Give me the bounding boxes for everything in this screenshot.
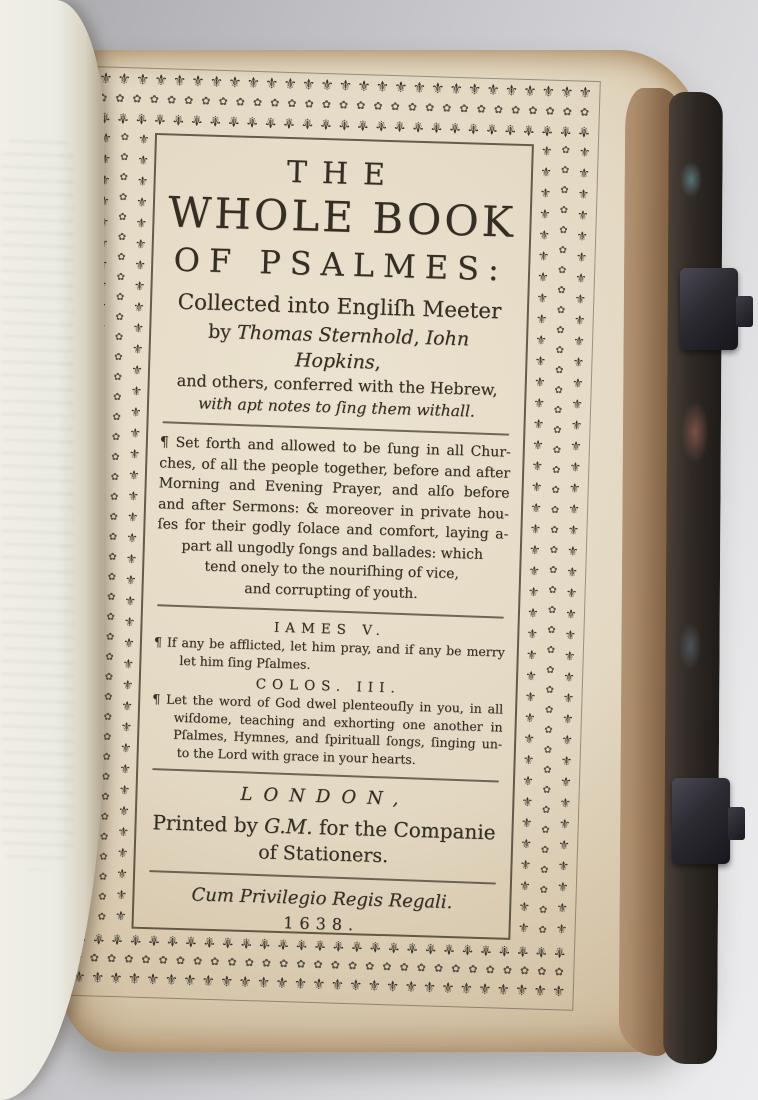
antique-book-photo: ⚜⚜⚜⚜⚜⚜⚜⚜⚜⚜⚜⚜⚜⚜⚜⚜⚜⚜⚜⚜⚜⚜⚜⚜⚜⚜⚜ ✿✿✿✿✿✿✿✿✿✿✿✿… [0,0,758,1100]
metal-clasp-bottom [672,778,730,864]
clasp-tab [728,807,745,840]
metal-clasp-top [680,268,738,350]
author-sternhold: Thomas Sternhold [237,322,414,349]
showthrough-text [2,130,74,870]
allowance-paragraph: ¶ Set forth and allowed to be ſung in al… [155,432,511,606]
marbled-cover-board [663,92,723,1064]
colossians-quote: ¶ Let the word of God dwel plenteouſly i… [150,690,503,770]
title-line-of-psalmes: OF PSALMES: [165,237,517,291]
title-page: ⚜⚜⚜⚜⚜⚜⚜⚜⚜⚜⚜⚜⚜⚜⚜⚜⚜⚜⚜⚜⚜⚜⚜⚜⚜⚜⚜ ✿✿✿✿✿✿✿✿✿✿✿✿… [58,50,708,1052]
border-middle-section: ⚜⚜⚜⚜⚜⚜⚜⚜⚜⚜⚜⚜⚜⚜⚜⚜⚜⚜⚜⚜⚜⚜⚜⚜⚜⚜⚜⚜⚜⚜⚜⚜⚜⚜⚜⚜⚜⚜⚜⚜… [71,131,597,942]
title-text-panel: THE WHOLE BOOK OF PSALMES: Collected int… [131,133,533,940]
printer-initials: G.M. [264,814,313,839]
border-band-bottom: ⚜⚜⚜⚜⚜⚜⚜⚜⚜⚜⚜⚜⚜⚜⚜⚜⚜⚜⚜⚜⚜⚜⚜⚜⚜⚜⚜ ✿✿✿✿✿✿✿✿✿✿✿✿… [69,927,574,1010]
ornamental-border-frame: ⚜⚜⚜⚜⚜⚜⚜⚜⚜⚜⚜⚜⚜⚜⚜⚜⚜⚜⚜⚜⚜⚜⚜⚜⚜⚜⚜ ✿✿✿✿✿✿✿✿✿✿✿✿… [68,66,600,1011]
clasp-tab [736,296,753,327]
